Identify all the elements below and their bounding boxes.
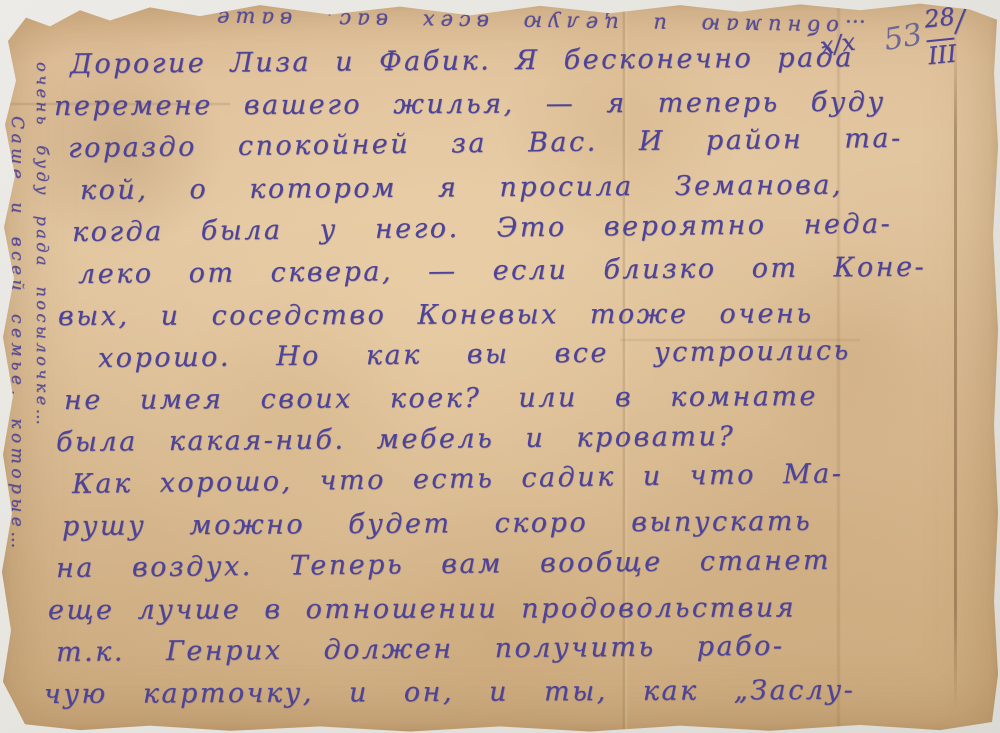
handwritten-line: леко от сквера, — если близко от Коне- — [78, 246, 986, 296]
handwritten-line: Дорогие Лиза и Фабик. Я бесконечно рада — [70, 36, 986, 86]
handwritten-line: т.к. Генрих должен получить рабо- — [56, 624, 986, 674]
corner-date-slash: / — [954, 0, 965, 40]
handwritten-line: чую карточку, и он, и ты, как „Заслу- — [44, 669, 986, 716]
marginalia-left-outer: Саше и всей семье, которые… — [7, 116, 27, 553]
letter-body: Дорогие Лиза и Фабик. Я бесконечно рада … — [42, 44, 986, 716]
handwritten-line: хорошо. Но как вы все устроились — [98, 329, 986, 380]
handwritten-line: на воздух. Теперь вам вообще станет — [56, 538, 986, 590]
handwritten-line: когда была у него. Это вероятно неда- — [72, 202, 986, 254]
letter-scan: …обнимаю и целую всех вас, ваше… х/х 53 … — [0, 0, 1000, 733]
corner-date-day: 28 — [923, 2, 956, 33]
letter-paper: …обнимаю и целую всех вас, ваше… х/х 53 … — [0, 0, 1000, 733]
